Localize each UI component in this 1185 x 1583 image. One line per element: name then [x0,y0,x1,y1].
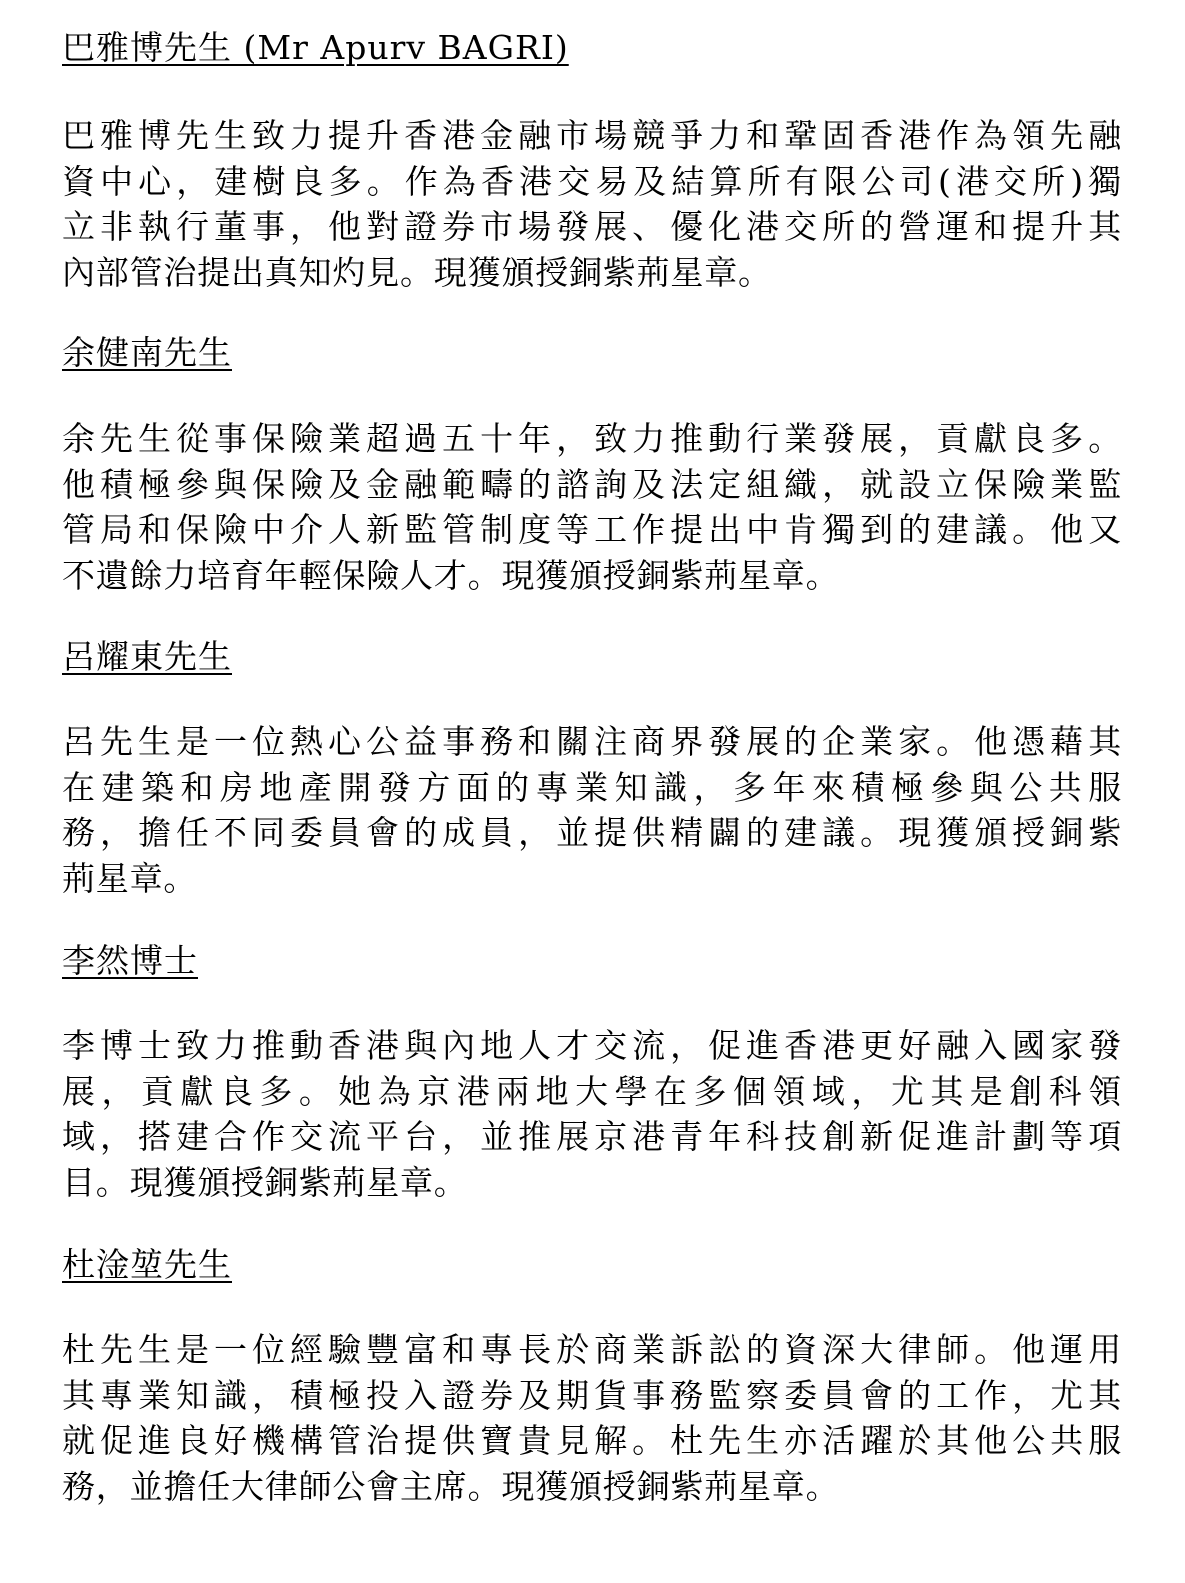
citation-line: 務，並擔任大律師公會主席。現獲頒授銅紫荊星章。 [62,1464,1122,1510]
citation-line: 其專業知識，積極投入證券及期貨事務監察委員會的工作，尤其 [62,1373,1122,1419]
citation-line: 就促進良好機構管治提供寶貴見解。杜先生亦活躍於其他公共服 [62,1418,1122,1464]
citation-line: 呂先生是一位熱心公益事務和關注商界發展的企業家。他憑藉其 [62,719,1122,765]
awardee-citation-paragraph: 呂先生是一位熱心公益事務和關注商界發展的企業家。他憑藉其 在建築和房地產開發方面… [62,719,1122,901]
awardee-citation-paragraph: 余先生從事保險業超過五十年，致力推動行業發展，貢獻良多。 他積極參與保險及金融範… [62,416,1122,598]
awardee-name-heading: 呂耀東先生 [62,637,232,677]
citation-line: 巴雅博先生致力提升香港金融市場競爭力和鞏固香港作為領先融 [62,113,1122,159]
awardee-name-heading: 余健南先生 [62,333,232,373]
citation-line: 荊星章。 [62,856,1122,902]
citation-line: 內部管治提出真知灼見。現獲頒授銅紫荊星章。 [62,250,1122,296]
citation-line: 余先生從事保險業超過五十年，致力推動行業發展，貢獻良多。 [62,416,1122,462]
citation-line: 立非執行董事，他對證券市場發展、優化港交所的營運和提升其 [62,204,1122,250]
citation-line: 資中心，建樹良多。作為香港交易及結算所有限公司(港交所)獨 [62,159,1122,205]
citation-line: 展，貢獻良多。她為京港兩地大學在多個領域，尤其是創科領 [62,1069,1122,1115]
awardee-name-heading: 李然博士 [62,941,198,981]
awardee-citation-paragraph: 杜先生是一位經驗豐富和專長於商業訴訟的資深大律師。他運用 其專業知識，積極投入證… [62,1327,1122,1509]
citation-line: 域，搭建合作交流平台，並推展京港青年科技創新促進計劃等項 [62,1114,1122,1160]
citation-line: 李博士致力推動香港與內地人才交流，促進香港更好融入國家發 [62,1023,1122,1069]
citation-line: 務，擔任不同委員會的成員，並提供精闢的建議。現獲頒授銅紫 [62,810,1122,856]
citation-line: 不遺餘力培育年輕保險人才。現獲頒授銅紫荊星章。 [62,553,1122,599]
citation-line: 在建築和房地產開發方面的專業知識，多年來積極參與公共服 [62,765,1122,811]
awardee-citation-paragraph: 李博士致力推動香港與內地人才交流，促進香港更好融入國家發 展，貢獻良多。她為京港… [62,1023,1122,1205]
citation-line: 他積極參與保險及金融範疇的諮詢及法定組織，就設立保險業監 [62,462,1122,508]
awardee-name-heading: 杜淦堃先生 [62,1245,232,1285]
citation-line: 杜先生是一位經驗豐富和專長於商業訴訟的資深大律師。他運用 [62,1327,1122,1373]
awardee-name-heading: 巴雅博先生 (Mr Apurv BAGRI) [62,28,569,68]
citation-line: 管局和保險中介人新監管制度等工作提出中肯獨到的建議。他又 [62,507,1122,553]
awardee-citation-paragraph: 巴雅博先生致力提升香港金融市場競爭力和鞏固香港作為領先融 資中心，建樹良多。作為… [62,113,1122,295]
citation-line: 目。現獲頒授銅紫荊星章。 [62,1160,1122,1206]
